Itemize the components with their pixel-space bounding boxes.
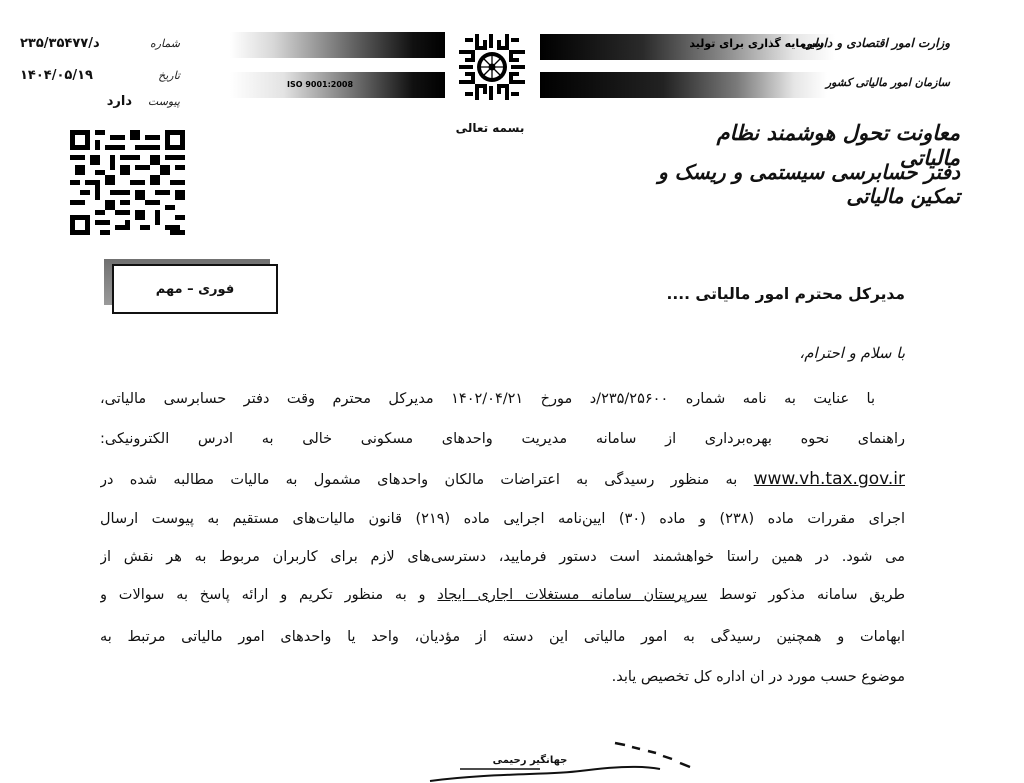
body-line-3-text: به منظور رسیدگی به اعتراضات مالکان واحده… xyxy=(100,472,737,488)
body-line-3: www.vh.tax.gov.ir به منظور رسیدگی به اعت… xyxy=(100,469,905,493)
letter-date-row: تاریخ ۱۴۰۴/۰۵/۱۹ xyxy=(20,64,180,86)
body-line-7: ابهامات و همچنین رسیدگی به امور مالیاتی … xyxy=(100,629,905,653)
letter-number-label: شماره xyxy=(140,37,180,50)
urgent-stamp: فوری – مهم xyxy=(112,264,278,314)
letter-number-value: د/۲۳۵/۳۵۴۷۷ xyxy=(20,36,140,51)
body-line-2: راهنمای نحوه بهره‌برداری از سامانه مدیری… xyxy=(100,431,905,455)
letter-date-label: تاریخ xyxy=(140,69,180,82)
letter-attachment-label: پیوست xyxy=(140,95,180,108)
department-office-title: دفتر حسابرسی سیستمی و ریسک و تمکین مالیا… xyxy=(640,160,960,208)
qr-code-icon xyxy=(70,130,185,235)
body-line-1: با عنایت به نامه شماره ۲۳۵/۲۵۶۰۰/د مورخ … xyxy=(100,391,905,415)
letter-number-row: شماره د/۲۳۵/۳۵۴۷۷ xyxy=(20,32,180,54)
body-line-6-part-b: و به منظور تکریم و ارائه پاسخ به سوالات … xyxy=(100,587,426,603)
urgent-stamp-text: فوری – مهم xyxy=(156,282,234,297)
body-line-8: موضوع حسب مورد در آن اداره کل تخصیص یابد… xyxy=(100,669,905,693)
letter-attachment-value: دارد xyxy=(20,94,140,109)
organization-name: سازمان امور مالیاتی کشور xyxy=(770,76,950,89)
body-line-4: اجرای مقررات ماده (۲۳۸) و ماده (۳۰) آیین… xyxy=(100,511,905,535)
body-line-6-part-a: طریق سامانه مذکور توسط xyxy=(719,587,905,603)
body-line-5: می شود. در همین راستا خواهشمند است دستور… xyxy=(100,549,905,573)
iso-text: ISO 9001:2008 xyxy=(287,80,353,89)
bismillah-heading: بسمه تعالی xyxy=(445,121,535,135)
letter-date-value: ۱۴۰۴/۰۵/۱۹ xyxy=(20,68,140,83)
signatory-name: جهانگیر رحیمی xyxy=(470,755,590,766)
letter-attachment-row: پیوست دارد xyxy=(20,90,180,112)
addressee-heading: مدیرکل محترم امور مالیاتی .... xyxy=(560,285,905,303)
ministry-name: وزارت امور اقتصادی و دارایی xyxy=(770,36,950,50)
body-line-6-underlined: سرپرستان سامانه مستغلات اجاری ایجاد xyxy=(437,587,707,603)
slogan-text: سرمایه گذاری برای تولید xyxy=(245,37,824,50)
tax-organization-emblem-icon xyxy=(455,30,529,104)
greeting-text: با سلام و احترام، xyxy=(700,344,905,362)
system-url-link[interactable]: www.vh.tax.gov.ir xyxy=(754,469,905,489)
body-line-6: طریق سامانه مذکور توسط سرپرستان سامانه م… xyxy=(100,587,905,611)
